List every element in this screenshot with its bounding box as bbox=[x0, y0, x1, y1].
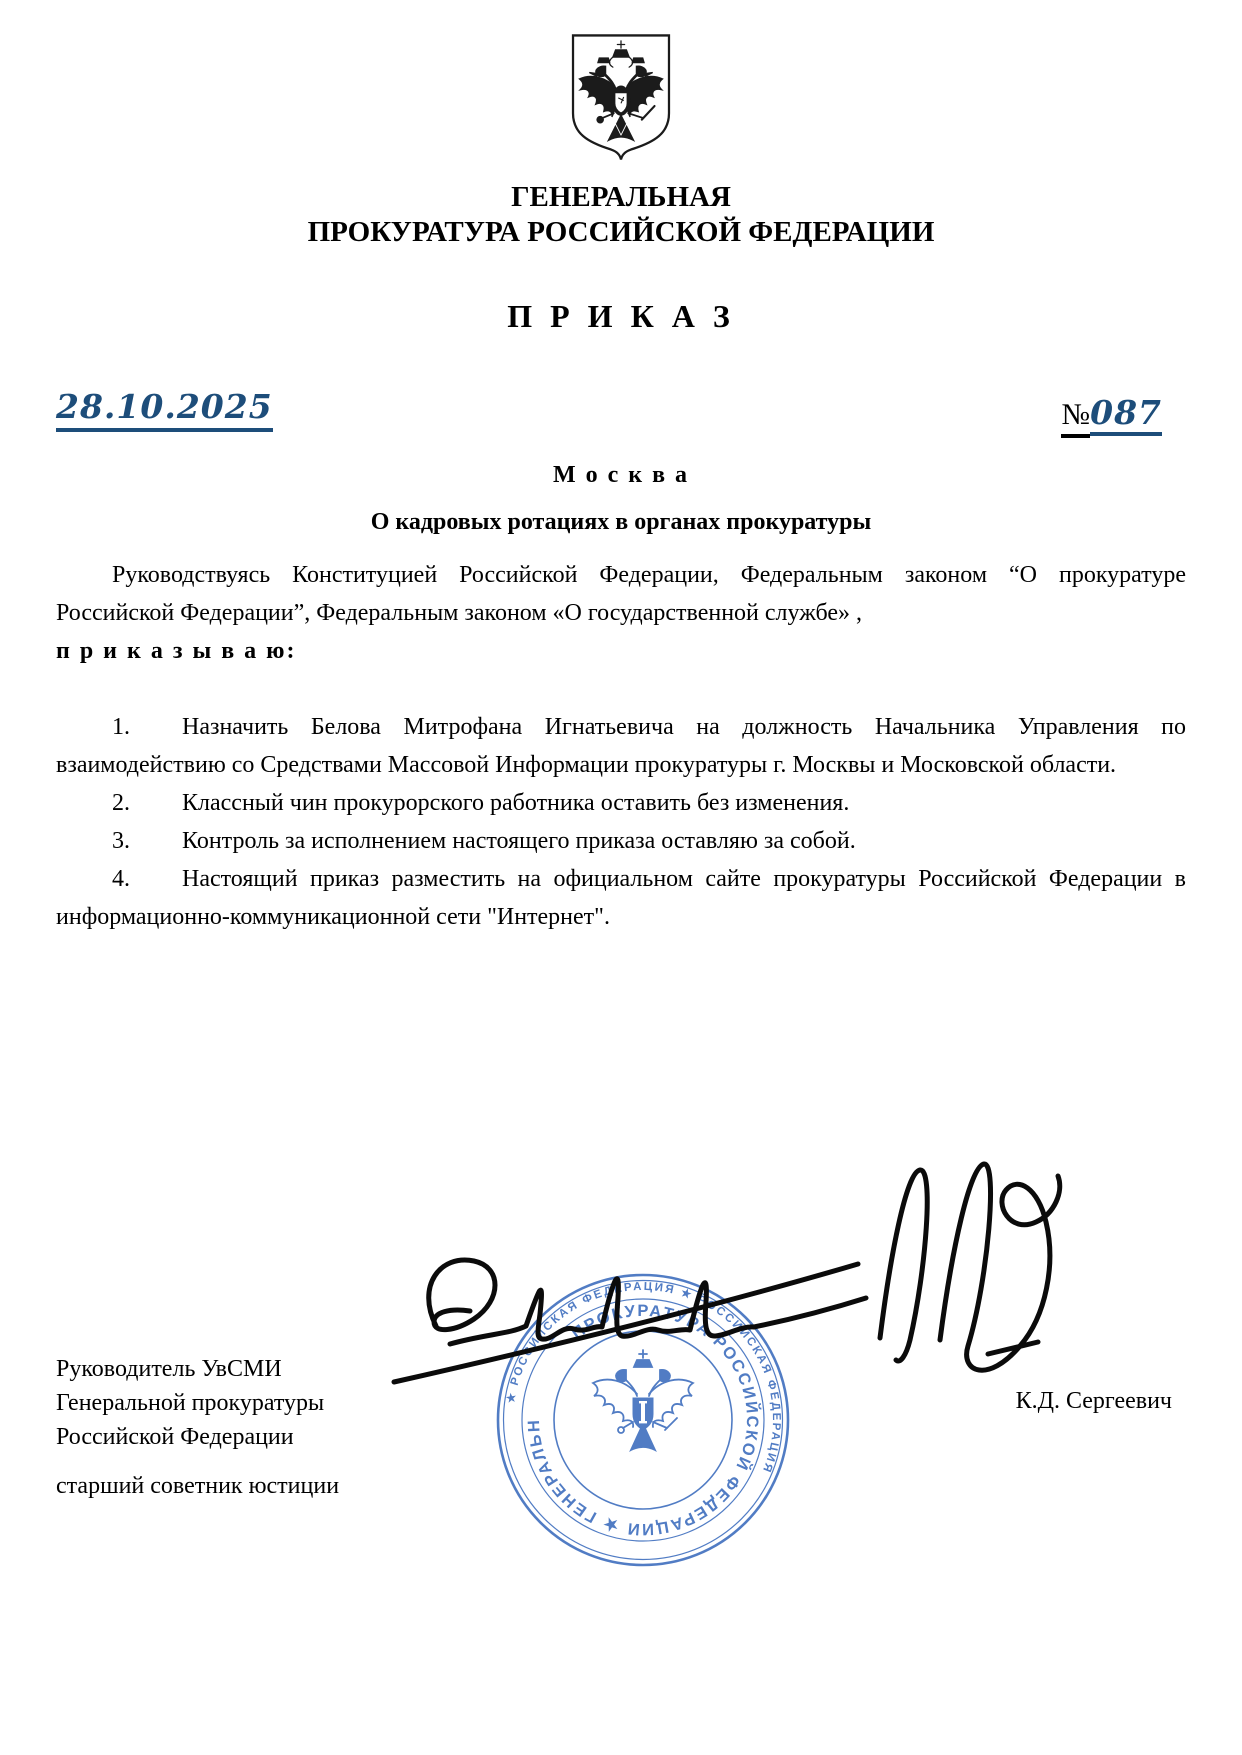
organization-title-line1: ГЕНЕРАЛЬНАЯ bbox=[0, 180, 1242, 215]
item-text: Классный чин прокурорского работника ост… bbox=[182, 790, 849, 816]
signer-position-block: Руководитель УвСМИ Генеральной прокурату… bbox=[56, 1352, 339, 1503]
signer-rank: старший советник юстиции bbox=[56, 1469, 339, 1503]
item-number: 3. bbox=[112, 822, 182, 860]
document-number: №087 bbox=[1061, 393, 1162, 432]
item-number: 2. bbox=[112, 784, 182, 822]
russia-coat-of-arms-icon bbox=[558, 30, 684, 164]
order-item-4: 4.Настоящий приказ разместить на официал… bbox=[56, 860, 1186, 936]
number-sign: № bbox=[1061, 398, 1090, 438]
document-date: 28.10.2025 bbox=[56, 387, 273, 432]
order-item-2: 2.Классный чин прокурорского работника о… bbox=[56, 784, 1186, 822]
item-text: Настоящий приказ разместить на официальн… bbox=[56, 866, 1186, 930]
date-number-row: 28.10.2025 №087 bbox=[0, 387, 1242, 432]
document-type-heading: П Р И К А З bbox=[0, 298, 1242, 335]
signer-position-line3: Российской Федерации bbox=[56, 1420, 339, 1454]
item-number: 1. bbox=[112, 708, 182, 746]
item-text: Назначить Белова Митрофана Игнатьевича н… bbox=[56, 714, 1186, 778]
item-number: 4. bbox=[112, 860, 182, 898]
signer-position-line1: Руководитель УвСМИ bbox=[56, 1352, 339, 1386]
document-body: Руководствуясь Конституцией Российской Ф… bbox=[0, 556, 1242, 936]
decree-word: п р и к а з ы в а ю: bbox=[56, 632, 1186, 670]
subject-line: О кадровых ротациях в органах прокуратур… bbox=[0, 509, 1242, 536]
order-document-page: ГЕНЕРАЛЬНАЯ ПРОКУРАТУРА РОССИЙСКОЙ ФЕДЕР… bbox=[0, 0, 1242, 1755]
preamble-paragraph: Руководствуясь Конституцией Российской Ф… bbox=[56, 556, 1186, 632]
order-item-3: 3.Контроль за исполнением настоящего при… bbox=[56, 822, 1186, 860]
city-label: М о с к в а bbox=[0, 462, 1242, 489]
order-item-1: 1.Назначить Белова Митрофана Игнатьевича… bbox=[56, 708, 1186, 784]
organization-title-line2: ПРОКУРАТУРА РОССИЙСКОЙ ФЕДЕРАЦИИ bbox=[0, 215, 1242, 250]
handwritten-signature bbox=[388, 1128, 1094, 1404]
item-text: Контроль за исполнением настоящего прика… bbox=[182, 828, 856, 854]
organization-title: ГЕНЕРАЛЬНАЯ ПРОКУРАТУРА РОССИЙСКОЙ ФЕДЕР… bbox=[0, 180, 1242, 250]
number-value: 087 bbox=[1090, 393, 1162, 436]
signer-position-line2: Генеральной прокуратуры bbox=[56, 1386, 339, 1420]
